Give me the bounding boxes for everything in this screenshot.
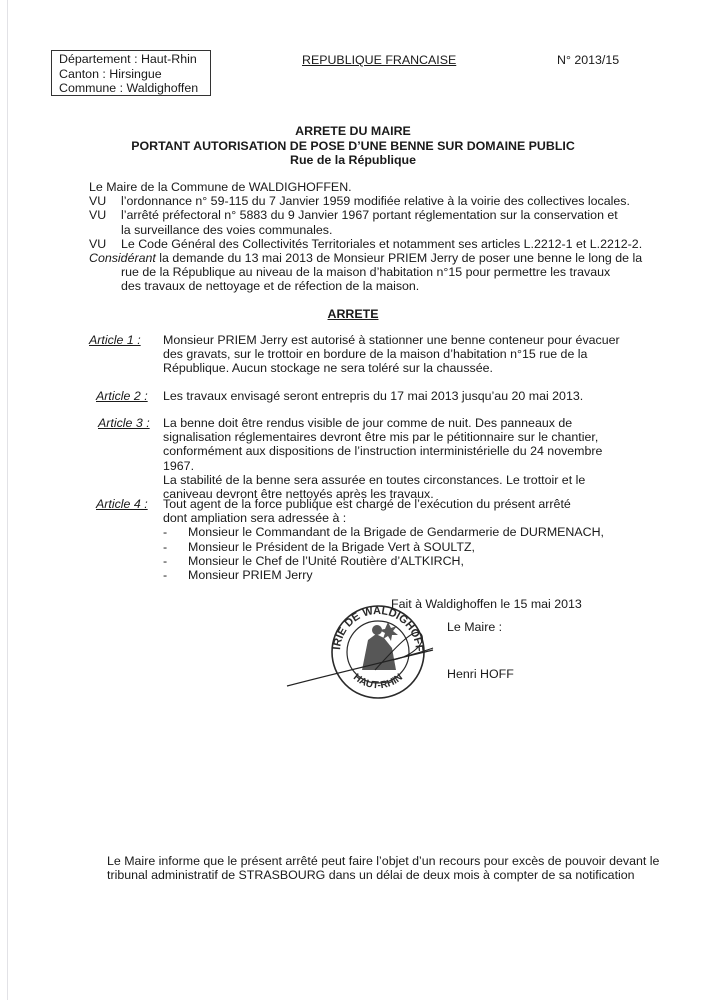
title-line-3: Rue de la République bbox=[0, 153, 706, 168]
title-line-2: PORTANT AUTORISATION DE POSE D’UNE BENNE… bbox=[0, 139, 706, 154]
commune-line: Commune : Waldighoffen bbox=[59, 81, 210, 96]
handwritten-signature-icon bbox=[285, 618, 435, 690]
arrete-heading: ARRETE bbox=[0, 307, 706, 321]
article-1: Article 1 : Monsieur PRIEM Jerry est aut… bbox=[89, 333, 689, 376]
vu-label: VU bbox=[89, 194, 121, 208]
recipients-list: -Monsieur le Commandant de la Brigade de… bbox=[163, 525, 689, 582]
vu-item: VU l’arrêté préfectoral n° 5883 du 9 Jan… bbox=[89, 208, 629, 236]
article-3: Article 3 : La benne doit être rendus vi… bbox=[89, 416, 689, 501]
vu-item: VU l’ordonnance n° 59-115 du 7 Janvier 1… bbox=[89, 194, 689, 208]
decree-number: N° 2013/15 bbox=[557, 53, 619, 67]
article-text: Monsieur PRIEM Jerry est autorisé à stat… bbox=[163, 333, 633, 376]
preamble: Le Maire de la Commune de WALDIGHOFFEN. … bbox=[89, 180, 689, 294]
article-label: Article 2 : bbox=[89, 389, 163, 403]
article-2: Article 2 : Les travaux envisagé seront … bbox=[89, 389, 689, 403]
article-text: Les travaux envisagé seront entrepris du… bbox=[163, 389, 689, 403]
article-paragraph: Tout agent de la force publique est char… bbox=[163, 497, 583, 525]
article-text: La benne doit être rendus visible de jou… bbox=[163, 416, 618, 501]
title-line-1: ARRETE DU MAIRE bbox=[0, 124, 706, 139]
document-title: ARRETE DU MAIRE PORTANT AUTORISATION DE … bbox=[0, 124, 706, 168]
considerant-first-line: la demande du 13 mai 2013 de Monsieur PR… bbox=[156, 251, 642, 265]
considerant-label: Considérant bbox=[89, 251, 156, 265]
republic-heading: REPUBLIQUE FRANCAISE bbox=[302, 53, 456, 67]
vu-text: l’ordonnance n° 59-115 du 7 Janvier 1959… bbox=[121, 194, 689, 208]
signatory-name: Henri HOFF bbox=[447, 667, 514, 681]
recipient-item: -Monsieur PRIEM Jerry bbox=[163, 568, 689, 582]
vu-label: VU bbox=[89, 208, 121, 236]
considerant-paragraph: Considérant la demande du 13 mai 2013 de… bbox=[89, 251, 689, 294]
vu-label: VU bbox=[89, 237, 121, 251]
signatory-role: Le Maire : bbox=[447, 620, 502, 634]
article-label: Article 4 : bbox=[89, 497, 163, 582]
article-paragraph: La benne doit être rendus visible de jou… bbox=[163, 416, 618, 473]
administrative-info-box: Département : Haut-Rhin Canton : Hirsing… bbox=[51, 50, 211, 96]
article-label: Article 1 : bbox=[89, 333, 163, 376]
article-text: Tout agent de la force publique est char… bbox=[163, 497, 689, 582]
vu-text: Le Code Général des Collectivités Territ… bbox=[121, 237, 689, 251]
article-label: Article 3 : bbox=[89, 416, 163, 501]
vu-text: l’arrêté préfectoral n° 5883 du 9 Janvie… bbox=[121, 208, 629, 236]
article-4: Article 4 : Tout agent de la force publi… bbox=[89, 497, 689, 582]
departement-line: Département : Haut-Rhin bbox=[59, 52, 210, 67]
considerant-continuation: rue de la République au niveau de la mai… bbox=[89, 265, 626, 293]
preamble-intro: Le Maire de la Commune de WALDIGHOFFEN. bbox=[89, 180, 689, 194]
canton-line: Canton : Hirsingue bbox=[59, 67, 210, 82]
recipient-item: -Monsieur le Chef de l’Unité Routière d’… bbox=[163, 554, 689, 568]
vu-item: VU Le Code Général des Collectivités Ter… bbox=[89, 237, 689, 251]
appeal-notice: Le Maire informe que le présent arrêté p… bbox=[107, 854, 667, 882]
recipient-item: -Monsieur le Commandant de la Brigade de… bbox=[163, 525, 689, 539]
recipient-item: -Monsieur le Président de la Brigade Ver… bbox=[163, 540, 689, 554]
